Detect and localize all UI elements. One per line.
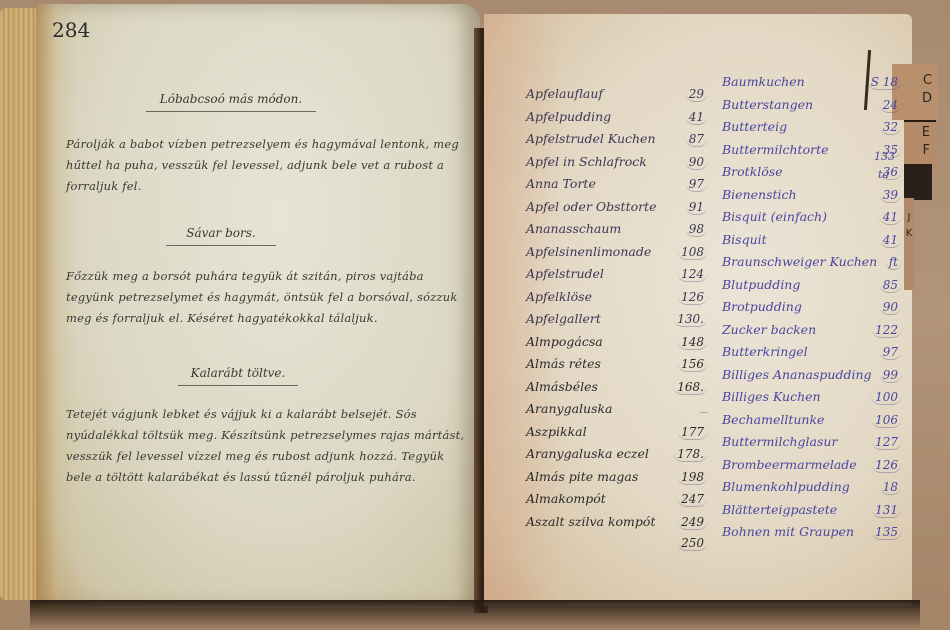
index-entry: Almás pite magas198 [526,469,708,492]
index-tab-dark[interactable] [904,164,932,200]
index-entry: Butterteig32 [722,119,902,142]
index-entry: Blumenkohlpudding18 [722,479,902,502]
index-entry: Bisquit (einfach)41 [722,209,902,232]
index-entry: Apfel oder Obsttorte91 [526,199,708,222]
index-entry: Almakompót247 [526,491,708,514]
index-entry: Zucker backen122 [722,322,902,345]
index-entry: Blätterteigpastete131 [722,502,902,525]
index-entry: Apfelgallert130. [526,311,708,334]
page-number: 284 [52,18,90,42]
recipe-title: Sávar bors. [166,226,276,246]
index-entry: Apfelpudding41 [526,109,708,132]
index-entry: Bechamelltunke106 [722,412,902,435]
recipe-body: Tetejét vágjunk lebket és vájjuk ki a ka… [66,404,470,488]
index-entry: Apfelsinenlimonade108 [526,244,708,267]
index-entry: Anna Torte97 [526,176,708,199]
index-entry: Apfelstrudel124 [526,266,708,289]
index-entry: Aranygaluska eczel178. [526,446,708,469]
index-column-b: BaumkuchenS 18 Butterstangen24 Buttertei… [722,74,902,547]
index-entry: Aszalt szilva kompót249 [526,514,708,537]
index-entry: Bienenstich39 [722,187,902,210]
index-entry: Billiges Kuchen100 [722,389,902,412]
index-entry: Braunschweiger Kuchenft [722,254,902,277]
index-entry: Billiges Ananaspudding99 [722,367,902,390]
index-entry: Aranygaluska [526,401,708,424]
index-entry: Brotklöse36 [722,164,902,187]
index-entry: Butterkringel97 [722,344,902,367]
index-entry: Blutpudding85 [722,277,902,300]
book-shadow [30,600,920,630]
index-tab-jk[interactable]: J K [904,198,914,290]
index-column-a: Apfelauflauf29 Apfelpudding41 Apfelstrud… [526,86,708,559]
recipe-body: Párolják a babot vízben petrezselyem és … [66,134,466,197]
index-entry: Almásbéles168. [526,379,708,402]
index-entry: Apfelstrudel Kuchen87 [526,131,708,154]
index-entry: Apfelklöse126 [526,289,708,312]
index-entry: Aszpikkal177 [526,424,708,447]
index-entry: Buttermilchglasur127 [722,434,902,457]
margin-note: 133 [874,150,895,163]
index-entry: Butterstangen24 [722,97,902,120]
recipe-title: Lóbabcsoó más módon. [146,92,316,112]
index-entry: BaumkuchenS 18 [722,74,902,97]
index-entry: Brombeermarmelade126 [722,457,902,480]
index-entry: Apfel in Schlafrock90 [526,154,708,177]
index-entry: 250 [526,536,708,559]
recipe-body: Főzzük meg a borsót puhára tegyük át szi… [66,266,476,329]
margin-note: ta [878,168,889,181]
index-entry: Ananasschaum98 [526,221,708,244]
index-entry: Bohnen mit Graupen135 [722,524,902,547]
index-entry: Brotpudding90 [722,299,902,322]
index-entry: Almpogácsa148 [526,334,708,357]
index-entry: Almás rétes156 [526,356,708,379]
index-entry: Bisquit41 [722,232,902,255]
recipe-title: Kalarábt töltve. [178,366,298,386]
index-entry: Apfelauflauf29 [526,86,708,109]
